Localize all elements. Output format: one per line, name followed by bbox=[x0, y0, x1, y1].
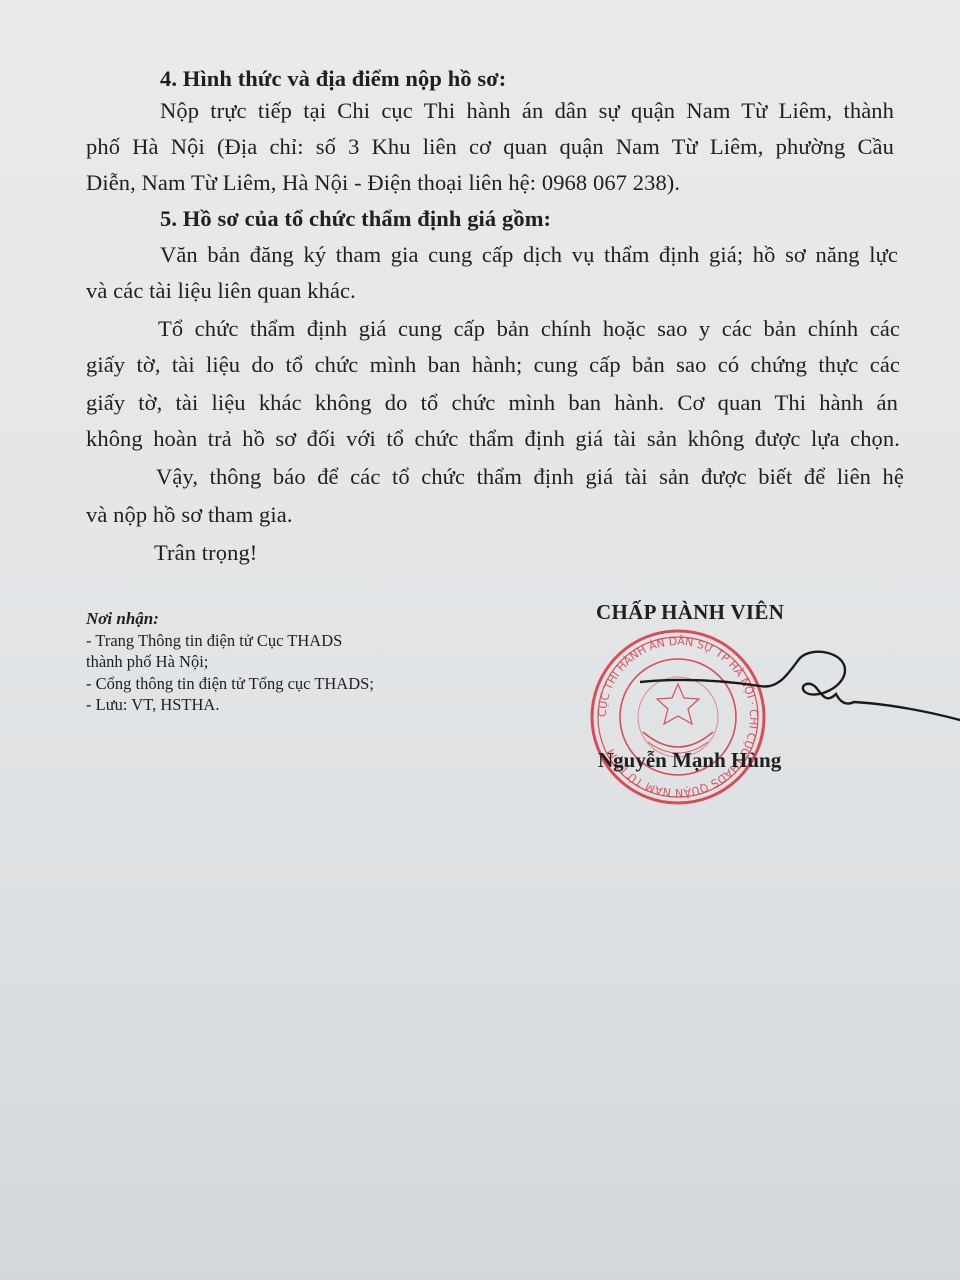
recipient-item: - Lưu: VT, HSTHA. bbox=[86, 694, 374, 716]
section4-line-3: Diễn, Nam Từ Liêm, Hà Nội - Điện thoại l… bbox=[86, 170, 680, 196]
section4-heading: 4. Hình thức và địa điểm nộp hồ sơ: bbox=[160, 66, 506, 92]
signer-name: Nguyễn Mạnh Hùng bbox=[598, 748, 781, 773]
recipient-item: thành phố Hà Nội; bbox=[86, 651, 374, 673]
recipient-item: - Trang Thông tin điện tử Cục THADS bbox=[86, 630, 374, 652]
recipient-item: - Cổng thông tin điện tử Tổng cục THADS; bbox=[86, 673, 374, 695]
recipients-block: Nơi nhận: - Trang Thông tin điện tử Cục … bbox=[86, 608, 374, 716]
handwritten-signature-icon bbox=[640, 640, 960, 740]
section5-heading: 5. Hồ sơ của tổ chức thẩm định giá gồm: bbox=[160, 206, 551, 232]
section5-p2-line-4: không hoàn trả hồ sơ đối với tổ chức thẩ… bbox=[86, 426, 900, 452]
section4-line-2: phố Hà Nội (Địa chỉ: số 3 Khu liên cơ qu… bbox=[86, 134, 894, 160]
regards-text: Trân trọng! bbox=[154, 540, 257, 566]
recipients-title: Nơi nhận: bbox=[86, 608, 374, 630]
section5-p2-line-1: Tổ chức thẩm định giá cung cấp bản chính… bbox=[158, 316, 900, 342]
section5-p1-line-1: Văn bản đăng ký tham gia cung cấp dịch v… bbox=[160, 242, 898, 268]
closing-line-2: và nộp hồ sơ tham gia. bbox=[86, 502, 293, 528]
closing-line-1: Vậy, thông báo để các tổ chức thẩm định … bbox=[156, 464, 904, 490]
section5-p2-line-2: giấy tờ, tài liệu do tổ chức mình ban hà… bbox=[86, 352, 900, 378]
section5-p2-line-3: giấy tờ, tài liệu khác không do tổ chức … bbox=[86, 390, 898, 416]
document-page: 4. Hình thức và địa điểm nộp hồ sơ: Nộp … bbox=[0, 0, 960, 1280]
section4-line-1: Nộp trực tiếp tại Chi cục Thi hành án dâ… bbox=[160, 98, 894, 124]
section5-p1-line-2: và các tài liệu liên quan khác. bbox=[86, 278, 356, 304]
